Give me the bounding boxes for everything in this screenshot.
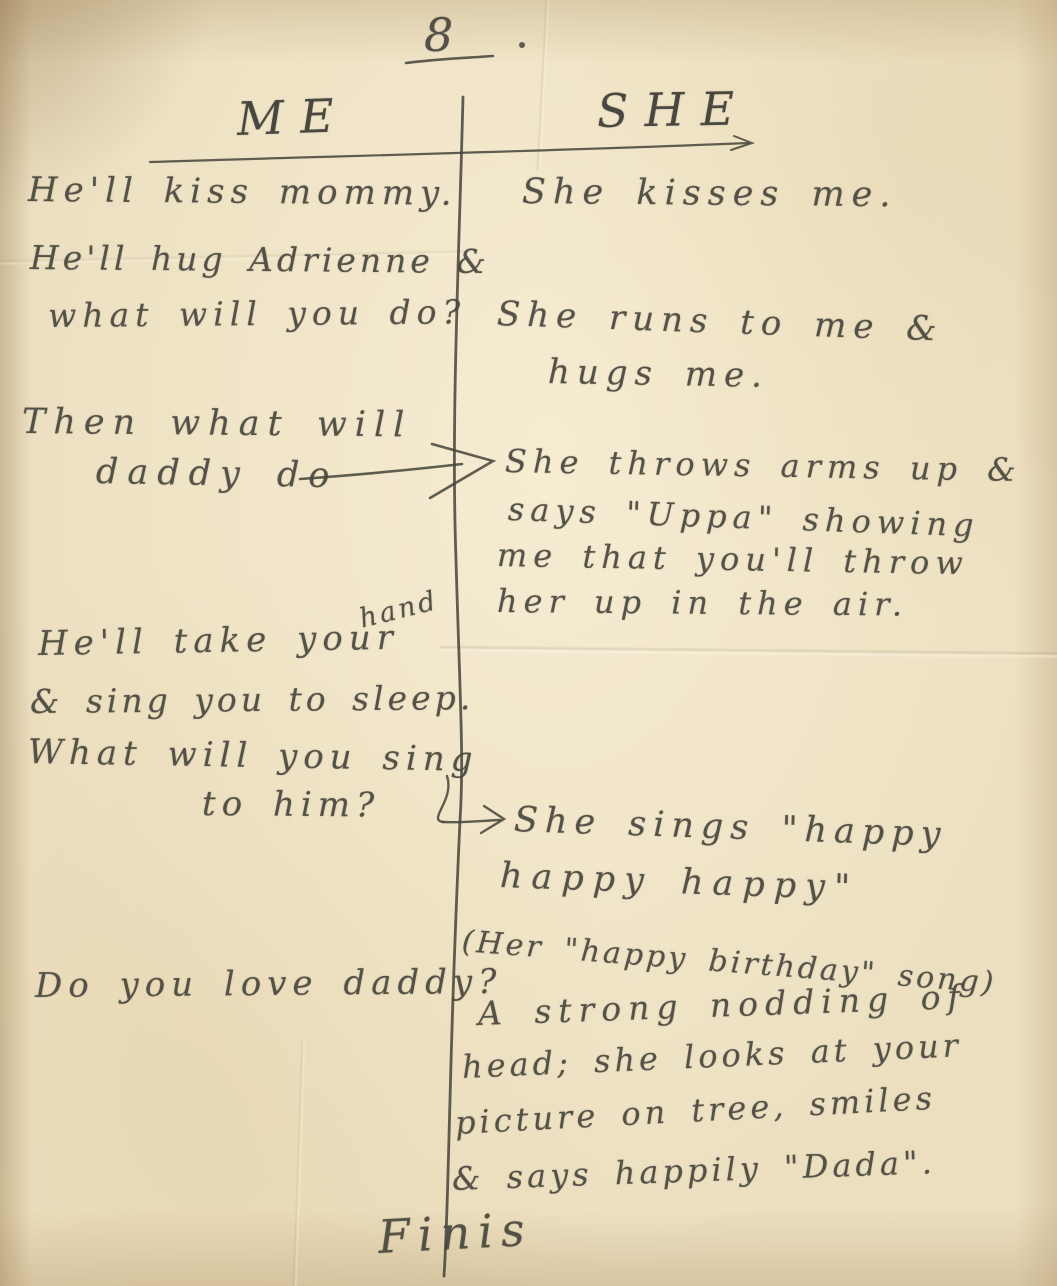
column-header-she: SHE: [597, 81, 751, 138]
crease-line: [292, 1040, 307, 1286]
left-entry-1-line-1: He'll kiss mommy.: [28, 170, 458, 214]
left-entry-2-line-1: He'll hug Adrienne &: [30, 238, 490, 281]
left-entry-5-line-1: Do you love daddy?: [35, 962, 503, 1006]
header-underline-arrowhead: [731, 136, 752, 150]
right-entry-2-line-1: She runs to me &: [496, 294, 944, 350]
arrow-to-him-shaft: [443, 820, 500, 822]
arrow-to-him-head: [481, 806, 504, 833]
arrow-to-him-hook: [438, 776, 449, 822]
arrow-daddy-do-head: [430, 444, 493, 498]
left-entry-4-line-4: to him?: [202, 784, 381, 826]
crease-line: [536, 0, 551, 170]
right-entry-5-line-4: & says happily "Dada".: [451, 1143, 936, 1198]
right-entry-3-line-4: her up in the air.: [497, 582, 908, 624]
left-entry-4-inserted-word: hand: [356, 585, 441, 634]
left-entry-4-line-3: What will you sing: [28, 732, 479, 780]
right-entry-1-line-1: She kisses me.: [522, 172, 898, 215]
left-entry-3-line-1: Then what will: [22, 402, 413, 445]
ink-dot: [519, 42, 525, 48]
right-entry-4-line-2: happy happy": [499, 856, 859, 909]
right-entry-4-line-1: She sings "happy: [513, 800, 948, 855]
right-entry-5-line-3: picture on tree, smiles: [454, 1079, 937, 1142]
crease-line: [440, 645, 1057, 659]
right-entry-3-line-3: me that you'll throw: [497, 536, 969, 582]
column-header-me: ME: [236, 88, 351, 146]
right-entry-5-line-2: head; she looks at your: [461, 1026, 962, 1086]
right-entry-3-line-2: says "Uppa" showing: [507, 490, 980, 544]
letter-page: 8 ME SHE He'll kiss mommy. He'll hug Adr…: [0, 0, 1057, 1286]
left-entry-4-line-1: He'll take your: [38, 618, 400, 664]
left-entry-2-line-2: what will you do?: [48, 292, 467, 335]
right-entry-3-line-1: She throws arms up &: [505, 442, 1022, 489]
right-entry-2-line-2: hugs me.: [548, 352, 770, 396]
left-entry-3-line-2: daddy do: [96, 452, 339, 496]
page-number: 8: [424, 8, 453, 62]
right-entry-5-line-1: A strong nodding of: [477, 977, 967, 1033]
left-entry-4-line-2: & sing you to sleep.: [30, 678, 475, 721]
footer-finis: Finis: [377, 1202, 534, 1264]
